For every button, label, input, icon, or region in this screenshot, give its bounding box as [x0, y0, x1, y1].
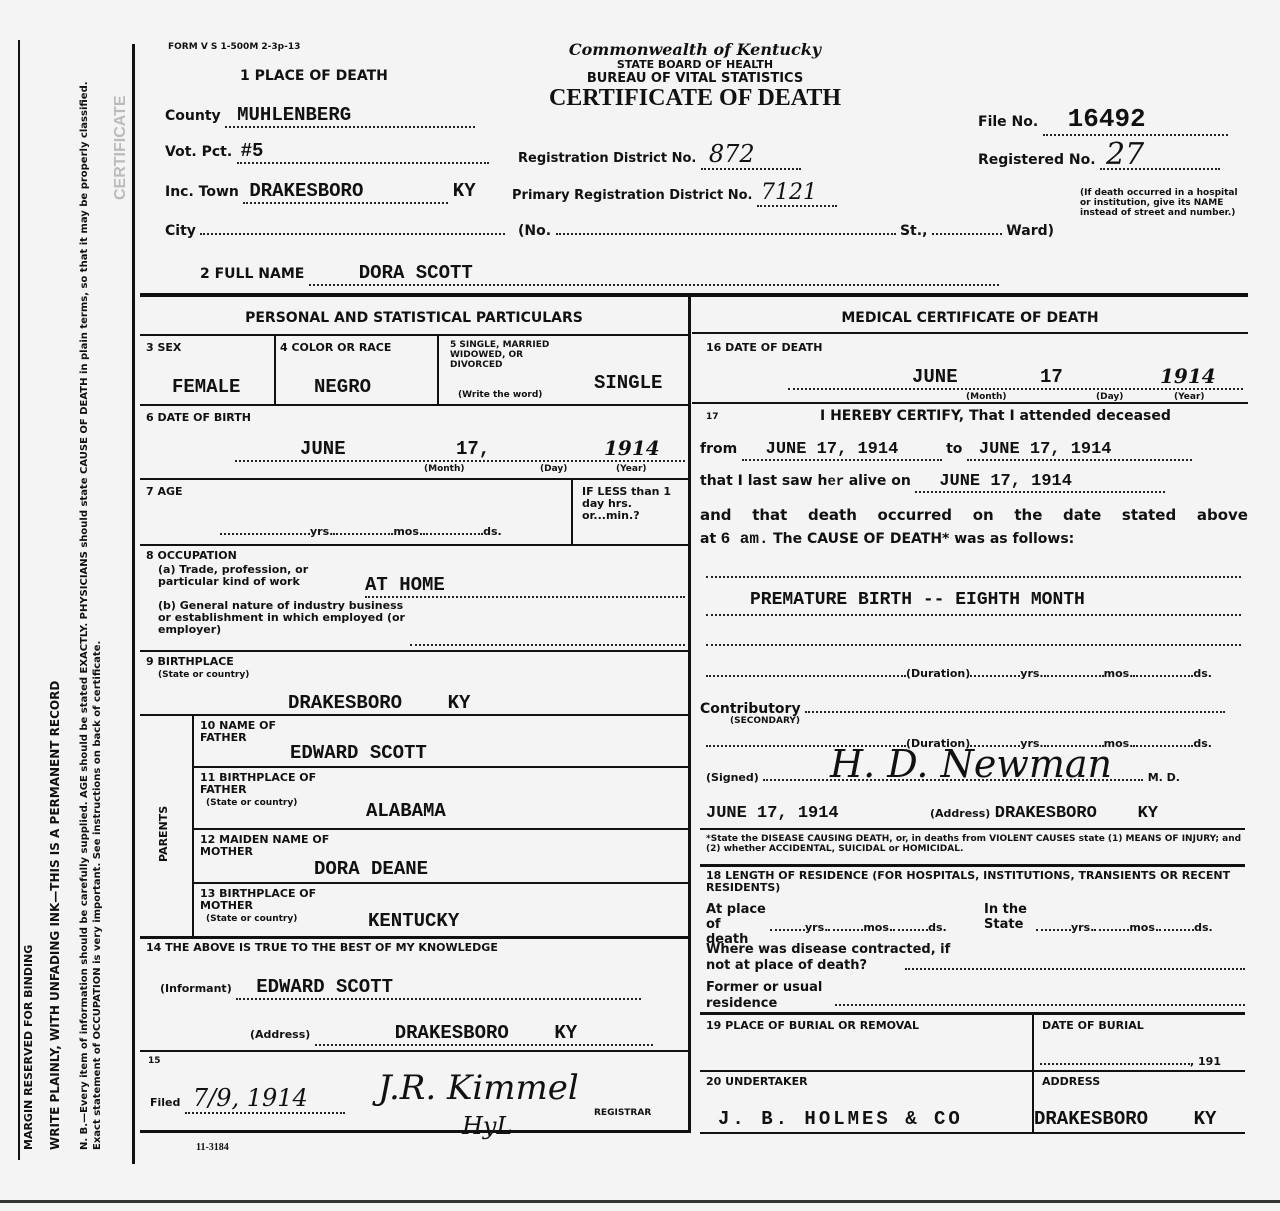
father-birthplace-value: ALABAMA [366, 800, 446, 822]
bureau: BUREAU OF VITAL STATISTICS [520, 71, 870, 86]
birthplace-value: DRAKESBORO KY [288, 692, 470, 714]
marital-note: (Write the word) [458, 390, 542, 400]
race-label: 4 COLOR OR RACE [280, 342, 391, 354]
occupation-a-value: AT HOME [365, 574, 685, 598]
registrar-initials: HyL [462, 1112, 512, 1140]
center-divider [688, 293, 691, 1133]
commonwealth: Commonwealth of Kentucky [520, 40, 870, 59]
residence-label: 18 LENGTH OF RESIDENCE (FOR HOSPITALS, I… [706, 870, 1246, 894]
medical-section-title: MEDICAL CERTIFICATE OF DEATH [692, 310, 1248, 326]
undertaker-label: 20 UNDERTAKER [706, 1076, 808, 1088]
primary-registration-district-value: 7121 [757, 180, 837, 207]
informant-address-field: (Address) DRAKESBORO KY [250, 1022, 653, 1046]
file-no-value: 16492 [1043, 104, 1228, 136]
informant-value: EDWARD SCOTT [236, 976, 641, 1000]
mother-birthplace-label: 13 BIRTHPLACE OF MOTHER [200, 888, 330, 912]
age-label: 7 AGE [146, 486, 183, 498]
board-of-health: STATE BOARD OF HEALTH [520, 59, 870, 71]
inc-town-state: KY [453, 180, 476, 202]
margin-write-plainly: WRITE PLAINLY, WITH UNFADING INK—THIS IS… [48, 681, 62, 1150]
cause-footnote: *State the DISEASE CAUSING DEATH, or, in… [706, 834, 1246, 854]
death-certificate: MARGIN RESERVED FOR BINDING WRITE PLAINL… [0, 0, 1280, 1211]
time-of-death: 6 am. [721, 530, 769, 548]
sex-label: 3 SEX [146, 342, 181, 354]
burial-date-label: DATE OF BURIAL [1042, 1020, 1144, 1032]
dob-month: JUNE [300, 438, 346, 460]
dob-day: 17, [456, 438, 490, 460]
occupation-label: 8 OCCUPATION [146, 550, 237, 562]
father-name-label: 10 NAME OF FATHER [200, 720, 300, 744]
race-value: NEGRO [314, 376, 371, 398]
age-field: yrs.mos.ds. [220, 522, 502, 540]
bleed-through-text: CERTIFICATE [112, 95, 130, 200]
in-state-label: In the State [984, 902, 1034, 932]
certify-text: I HEREBY CERTIFY, That I attended deceas… [820, 408, 1171, 424]
attended-dates: from JUNE 17, 1914 to JUNE 17, 1914 [700, 440, 1192, 461]
father-birthplace-label: 11 BIRTHPLACE OF FATHER [200, 772, 330, 796]
sex-value: FEMALE [172, 376, 240, 398]
informant-field: (Informant) EDWARD SCOTT [160, 976, 641, 1000]
undertaker-address-value: DRAKESBORO KY [1034, 1108, 1216, 1130]
undertaker-address-label: ADDRESS [1042, 1076, 1100, 1088]
registration-district-value: 872 [701, 140, 801, 170]
full-name-field: 2 FULL NAME DORA SCOTT [200, 262, 999, 286]
physician-address-line: (Address) DRAKESBORO KY [930, 804, 1158, 823]
marital-value: SINGLE [594, 372, 662, 394]
dob-year: 1914 [604, 436, 660, 460]
registration-district-field: Registration District No. 872 [518, 140, 801, 170]
personal-section-title: PERSONAL AND STATISTICAL PARTICULARS [140, 310, 688, 326]
mother-maiden-label: 12 MAIDEN NAME OF MOTHER [200, 834, 340, 858]
county-field: County MUHLENBERG [165, 104, 505, 128]
margin-instructions: N. B.—Every item of information should b… [78, 50, 104, 1150]
informant-statement: 14 THE ABOVE IS TRUE TO THE BEST OF MY K… [146, 942, 498, 954]
file-no-field: File No. 16492 [978, 104, 1228, 136]
physician-address: DRAKESBORO KY [995, 804, 1158, 823]
margin-binding-note: MARGIN RESERVED FOR BINDING [22, 945, 36, 1150]
mother-birthplace-value: KENTUCKY [368, 910, 459, 932]
filed-field: Filed 7/9, 1914 [150, 1084, 345, 1114]
occupation-b-label: (b) General nature of industry business … [158, 600, 408, 636]
inc-town-value: DRAKESBORO [243, 180, 448, 204]
former-residence-label: Former or usual residence [706, 980, 836, 1012]
dod-year: 1914 [1160, 364, 1216, 388]
burial-date-field: , 191 [1040, 1052, 1221, 1070]
last-saw-line: that I last saw her alive on JUNE 17, 19… [700, 472, 1165, 493]
form-code: FORM V S 1-500M 2-3p-13 [168, 42, 300, 52]
dod-day: 17 [1040, 366, 1063, 388]
registered-no-field: Registered No. 27 [978, 142, 1220, 170]
form-left-border [132, 44, 135, 1164]
vot-pct-field: Vot. Pct. #5 [165, 140, 505, 164]
registrar-signature: J.R. Kimmel [378, 1068, 579, 1108]
place-of-death-label: 1 PLACE OF DEATH [240, 68, 388, 84]
margin-edge-line [18, 40, 20, 1160]
from-date: JUNE 17, 1914 [742, 440, 942, 461]
full-name-value: DORA SCOTT [309, 262, 999, 286]
filed-date: 7/9, 1914 [185, 1084, 345, 1114]
certificate-title: CERTIFICATE OF DEATH [520, 86, 870, 110]
mother-maiden-value: DORA DEANE [314, 858, 428, 880]
informant-address-value: DRAKESBORO KY [315, 1022, 653, 1046]
occupation-a-label: (a) Trade, profession, or particular kin… [158, 564, 368, 588]
page-bottom-edge [0, 1200, 1280, 1203]
physician-signature: H. D. Newman [830, 742, 1112, 786]
vot-pct-value: #5 [237, 140, 489, 164]
if-less-label: IF LESS than 1 day hrs. or...min.? [582, 486, 686, 522]
inc-town-field: Inc. Town DRAKESBORO KY [165, 180, 476, 204]
birthplace-label: 9 BIRTHPLACE [146, 656, 234, 668]
time-of-death-line: at 6 am. The CAUSE OF DEATH* was as foll… [700, 530, 1074, 548]
registrar-label: REGISTRAR [594, 1108, 651, 1118]
county-value: MUHLENBERG [225, 104, 475, 128]
header-divider [140, 293, 1248, 297]
registered-no-value: 27 [1100, 142, 1220, 170]
at-place-label: At place of death [706, 902, 766, 947]
burial-place-label: 19 PLACE OF BURIAL OR REMOVAL [706, 1020, 919, 1032]
signed-date: JUNE 17, 1914 [706, 804, 839, 823]
city-field: City [165, 222, 505, 240]
header-block: Commonwealth of Kentucky STATE BOARD OF … [520, 40, 870, 110]
last-saw-date: JUNE 17, 1914 [915, 472, 1165, 493]
signed-date-line: JUNE 17, 1914 [706, 804, 839, 823]
primary-registration-district-field: Primary Registration District No. 7121 [512, 180, 837, 207]
cause-of-death: PREMATURE BIRTH -- EIGHTH MONTH [750, 590, 1085, 610]
hospital-note: (If death occurred in a hospital or inst… [1080, 188, 1240, 218]
dod-month: JUNE [912, 366, 958, 388]
duration-line: (Duration)yrs.mos.ds. [706, 664, 1212, 682]
marital-label: 5 SINGLE, MARRIED WIDOWED, OR DIVORCED [450, 340, 560, 370]
to-date: JUNE 17, 1914 [967, 440, 1192, 461]
parents-label: PARENTS [158, 806, 170, 862]
dob-label: 6 DATE OF BIRTH [146, 412, 251, 424]
form-number: 11-3184 [196, 1142, 229, 1153]
address-line-field: (No. St., Ward) [518, 222, 1054, 240]
father-name-value: EDWARD SCOTT [290, 742, 427, 764]
dod-label: 16 DATE OF DEATH [706, 342, 822, 354]
occurred-text: and that death occurred on the date stat… [700, 506, 1248, 524]
undertaker-value: J. B. HOLMES & CO [718, 1108, 963, 1130]
